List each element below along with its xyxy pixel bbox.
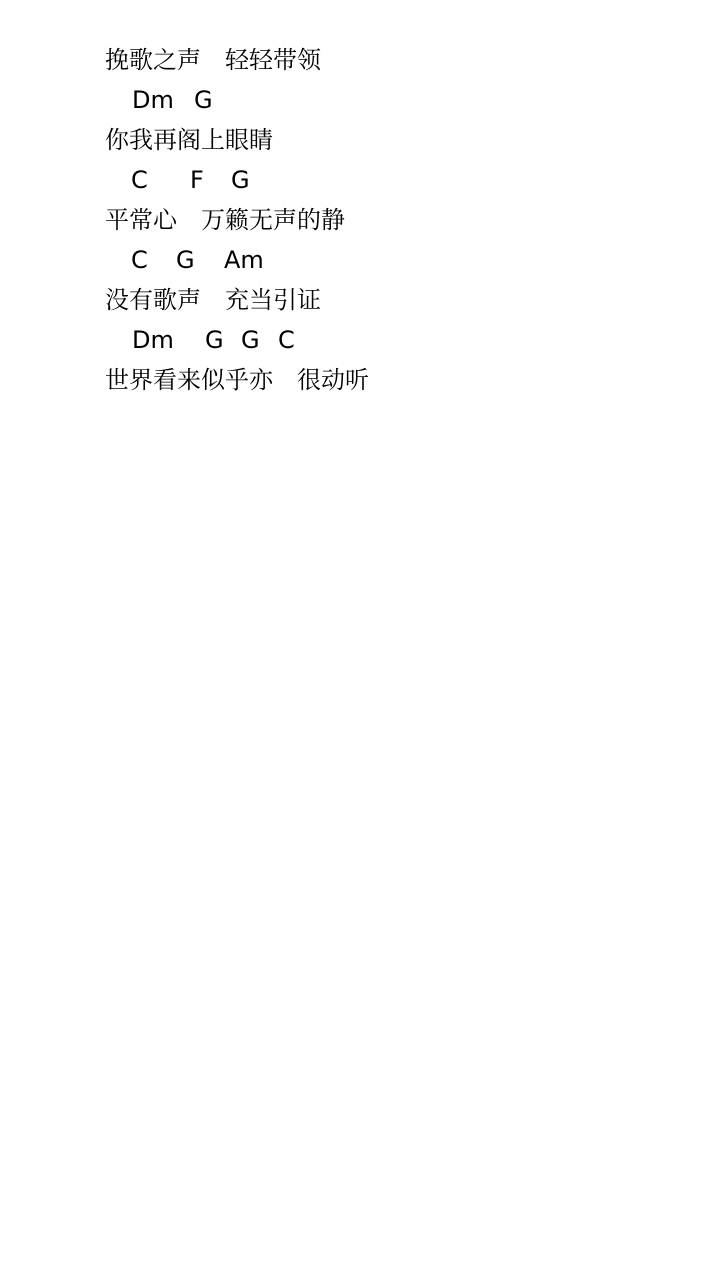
chord-line-2: C F G [0, 160, 720, 200]
chord-label: C [131, 240, 148, 280]
chord-line-1: Dm G [0, 80, 720, 120]
lyric-line-1: 挽歌之声 轻轻带领 [0, 40, 720, 80]
lyric-line-5: 世界看来似乎亦 很动听 [0, 360, 720, 400]
chord-label: F [190, 160, 204, 200]
chord-label: G [194, 80, 213, 120]
lyric-line-3: 平常心 万籁无声的静 [0, 200, 720, 240]
chord-label: Dm [132, 320, 174, 360]
chord-label: C [278, 320, 295, 360]
chord-label: G [205, 320, 224, 360]
chord-label: G [176, 240, 195, 280]
chord-sheet: 挽歌之声 轻轻带领 Dm G 你我再阁上眼睛 C F G 平常心 万籁无声的静 … [0, 40, 720, 400]
chord-label: G [241, 320, 260, 360]
page: 挽歌之声 轻轻带领 Dm G 你我再阁上眼睛 C F G 平常心 万籁无声的静 … [0, 0, 720, 1280]
chord-label: Am [224, 240, 264, 280]
chord-line-3: C G Am [0, 240, 720, 280]
lyric-line-4: 没有歌声 充当引证 [0, 280, 720, 320]
lyric-line-2: 你我再阁上眼睛 [0, 120, 720, 160]
chord-label: Dm [132, 80, 174, 120]
chord-label: C [131, 160, 148, 200]
chord-label: G [231, 160, 250, 200]
chord-line-4: Dm G G C [0, 320, 720, 360]
